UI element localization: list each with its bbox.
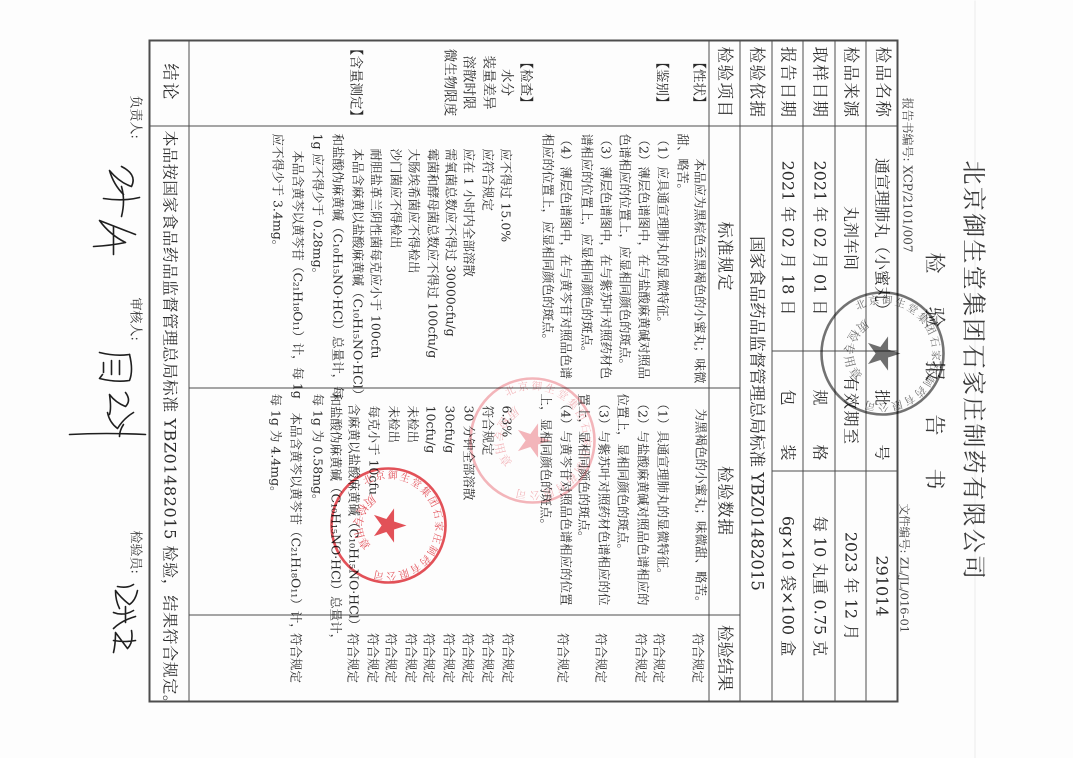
item-appearance: 【性状】 [690, 39, 706, 125]
value-specification: 每 10 丸重 0.75 克 [809, 470, 829, 701]
result-cell: 符合规定 [689, 614, 705, 701]
report-number-label: 报告书编号: [900, 97, 914, 161]
star-icon [867, 336, 900, 370]
data-line: 10cfu/g [422, 405, 438, 453]
data-line: 未检出 [404, 405, 420, 443]
standard-line: 应符合规定 [479, 148, 495, 211]
qc-stamp-gray: 北京御生堂集团石家庄制药有限公司 质检专用章 [812, 283, 952, 423]
value-report-date: 2021 年 02 月 18 日 [777, 125, 797, 350]
result-cell: 符合规定 [459, 614, 475, 701]
report-number: 报告书编号: XCP/2101/007 [900, 97, 914, 252]
header-test-item: 检验项目 [715, 39, 735, 125]
data-line: 30cfu/g [441, 405, 457, 453]
result-cell: 符合规定 [499, 614, 515, 701]
standard-line: 本品含黄芩以黄芩苷（C₂₁H₁₈O₁₁）计，每 1g [289, 150, 305, 398]
stamp-inner-text: 质检专用章 [491, 403, 522, 469]
scanned-page: 北京御生堂集团石家庄制药有限公司 检验报告书 报告书编号: XCP/2101/0… [0, 0, 1073, 758]
svg-text:质检专用章: 质检专用章 [491, 403, 522, 469]
standard-line: 甜、略苦。 [675, 133, 691, 196]
item-examination: 【检查】 [517, 39, 533, 125]
standard-line: （3）薄层色谱图中，在与紫苏叶对照药材色 [597, 133, 613, 378]
item-weight-variation: 装量差异 [480, 39, 496, 125]
value-batch-number: 291014 [871, 470, 891, 701]
label-product-name: 检品名称 [872, 39, 892, 125]
data-line: 位置上，显相同颜色的斑点。 [614, 393, 630, 556]
standard-line: 霉菌和酵母菌总数应不得过 100cfu/g [424, 148, 440, 358]
standard-line: 本品应为黑棕色至黑褐色的小蜜丸；味微 [691, 158, 707, 383]
standard-line: 耐胆盐革兰阴性菌每克应小于 100cfu [367, 148, 383, 358]
data-line: （1）具通宣理肺丸的显微特征。 [654, 397, 670, 580]
label-report-date: 报告日期 [778, 39, 798, 125]
qc-stamp-red-light: 北京御生堂集团石家庄制药有限公司 质检专用章 [462, 370, 602, 510]
result-cell: 符合规定 [650, 614, 666, 701]
inspection-report-document: 北京御生堂集团石家庄制药有限公司 检验报告书 报告书编号: XCP/2101/0… [0, 0, 1073, 758]
result-cell: 符合规定 [440, 614, 456, 701]
data-line: 本品含黄芩以黄芩苷（C₂₁H₁₈O₁₁）计， [287, 412, 303, 635]
data-line: 未检出 [385, 405, 401, 443]
item-microbial-limit: 微生物限度 [441, 39, 457, 125]
result-cell: 符合规定 [364, 614, 380, 701]
value-expiry-date: 2023 年 12 月 [840, 470, 860, 701]
label-packaging: 包装 [777, 350, 797, 470]
report-number-value: XCP/2101/007 [900, 165, 914, 252]
file-number-value: ZL/JL/016-01 [897, 557, 911, 633]
header-test-result: 检验结果 [715, 614, 735, 701]
standard-line: 和盐酸伪麻黄碱（C₁₀H₁₅NO·HCl）总量计，每 [329, 133, 345, 398]
handwritten-signatures [53, 0, 173, 758]
standard-line: 相应的位置上，应显相同颜色的斑点。 [539, 133, 555, 346]
star-icon [373, 508, 406, 542]
result-cell: 符合规定 [344, 614, 360, 701]
standard-line: 色谱相应的位置上，应显相同颜色的斑点。 [616, 133, 632, 371]
file-number: 文件编号: ZL/JL/016-01 [897, 503, 911, 633]
standard-line: 应不得过 15.0% [497, 148, 513, 242]
signature-responsible-person [93, 166, 139, 254]
standard-line: 沙门菌应不得检出 [387, 148, 403, 248]
row-divider [771, 39, 772, 702]
label-inspection-basis: 检验依据 [746, 39, 766, 125]
standard-line: 应不得少于 3.4mg。 [269, 133, 285, 252]
header-test-data: 检验数据 [715, 387, 735, 614]
standard-line: 谱相应的位置上，应显相同颜色的斑点。 [578, 133, 594, 358]
standard-line: （2）薄层色谱图中，在与盐酸麻黄碱对照品 [635, 133, 651, 378]
signature-reviewer [69, 352, 145, 436]
header-standard: 标准规定 [715, 125, 735, 387]
standard-line: 本品含麻黄以盐酸麻黄碱（C₁₀H₁₅NO·HCl） [349, 148, 365, 401]
standard-line: 应在 1 小时内全部溶散 [460, 148, 476, 276]
standard-line: 大肠埃希菌应不得检出 [405, 148, 421, 273]
row-divider [188, 39, 189, 702]
company-name: 北京御生堂集团石家庄制药有限公司 [959, 160, 987, 581]
stamp-inner-text: 质检专用章 [350, 491, 379, 552]
item-identification: 【鉴别】 [653, 39, 669, 125]
label-sampling-date: 取样日期 [809, 39, 829, 125]
qc-stamp-red: 北京御生堂集团石家庄制药有限公司 质检专用章 [318, 455, 458, 595]
result-cell: 符合规定 [287, 614, 303, 701]
row-divider [802, 39, 803, 702]
item-disintegration: 溶散时限 [460, 39, 476, 125]
value-packaging: 6g×10 袋×100 盒 [777, 470, 797, 701]
svg-text:质检专用章: 质检专用章 [841, 316, 872, 382]
data-line: 每 1g 为 4.4mg。 [267, 393, 283, 498]
row-divider [739, 39, 740, 702]
svg-text:质检专用章: 质检专用章 [350, 491, 379, 552]
data-line: 为黑褐色的小蜜丸；味微甜、略苦。 [692, 408, 708, 608]
result-cell: 符合规定 [479, 614, 495, 701]
standard-line: 需氧菌总数应不得过 30000cfu/g [442, 148, 458, 336]
standard-line: （1）应具通宣理肺丸的显微特征。 [654, 133, 670, 328]
result-cell: 符合规定 [382, 614, 398, 701]
standard-line: （4）薄层色谱图中，在与黄芩苷对照品色谱 [557, 133, 573, 378]
result-cell: 符合规定 [420, 614, 436, 701]
stamp-inner-text: 质检专用章 [841, 316, 872, 382]
item-assay: 【含量测定】 [347, 39, 363, 125]
result-cell: 符合规定 [554, 614, 570, 701]
file-number-label: 文件编号: [897, 503, 911, 553]
standard-line: 1g 应不得少于 0.28mg。 [309, 133, 325, 280]
result-cell: 符合规定 [632, 614, 648, 701]
value-inspection-basis: 国家食品药品监督管理总局标准 YBZ01482015 [746, 125, 766, 701]
result-cell: 符合规定 [592, 614, 608, 701]
signature-inspector [113, 584, 137, 652]
item-moisture: 水分 [498, 39, 514, 125]
star-icon [517, 423, 550, 457]
data-line: （2）与盐酸麻黄碱对照品色谱相应的 [634, 397, 650, 605]
result-cell: 符合规定 [402, 614, 418, 701]
label-sample-source: 检品来源 [841, 39, 861, 125]
